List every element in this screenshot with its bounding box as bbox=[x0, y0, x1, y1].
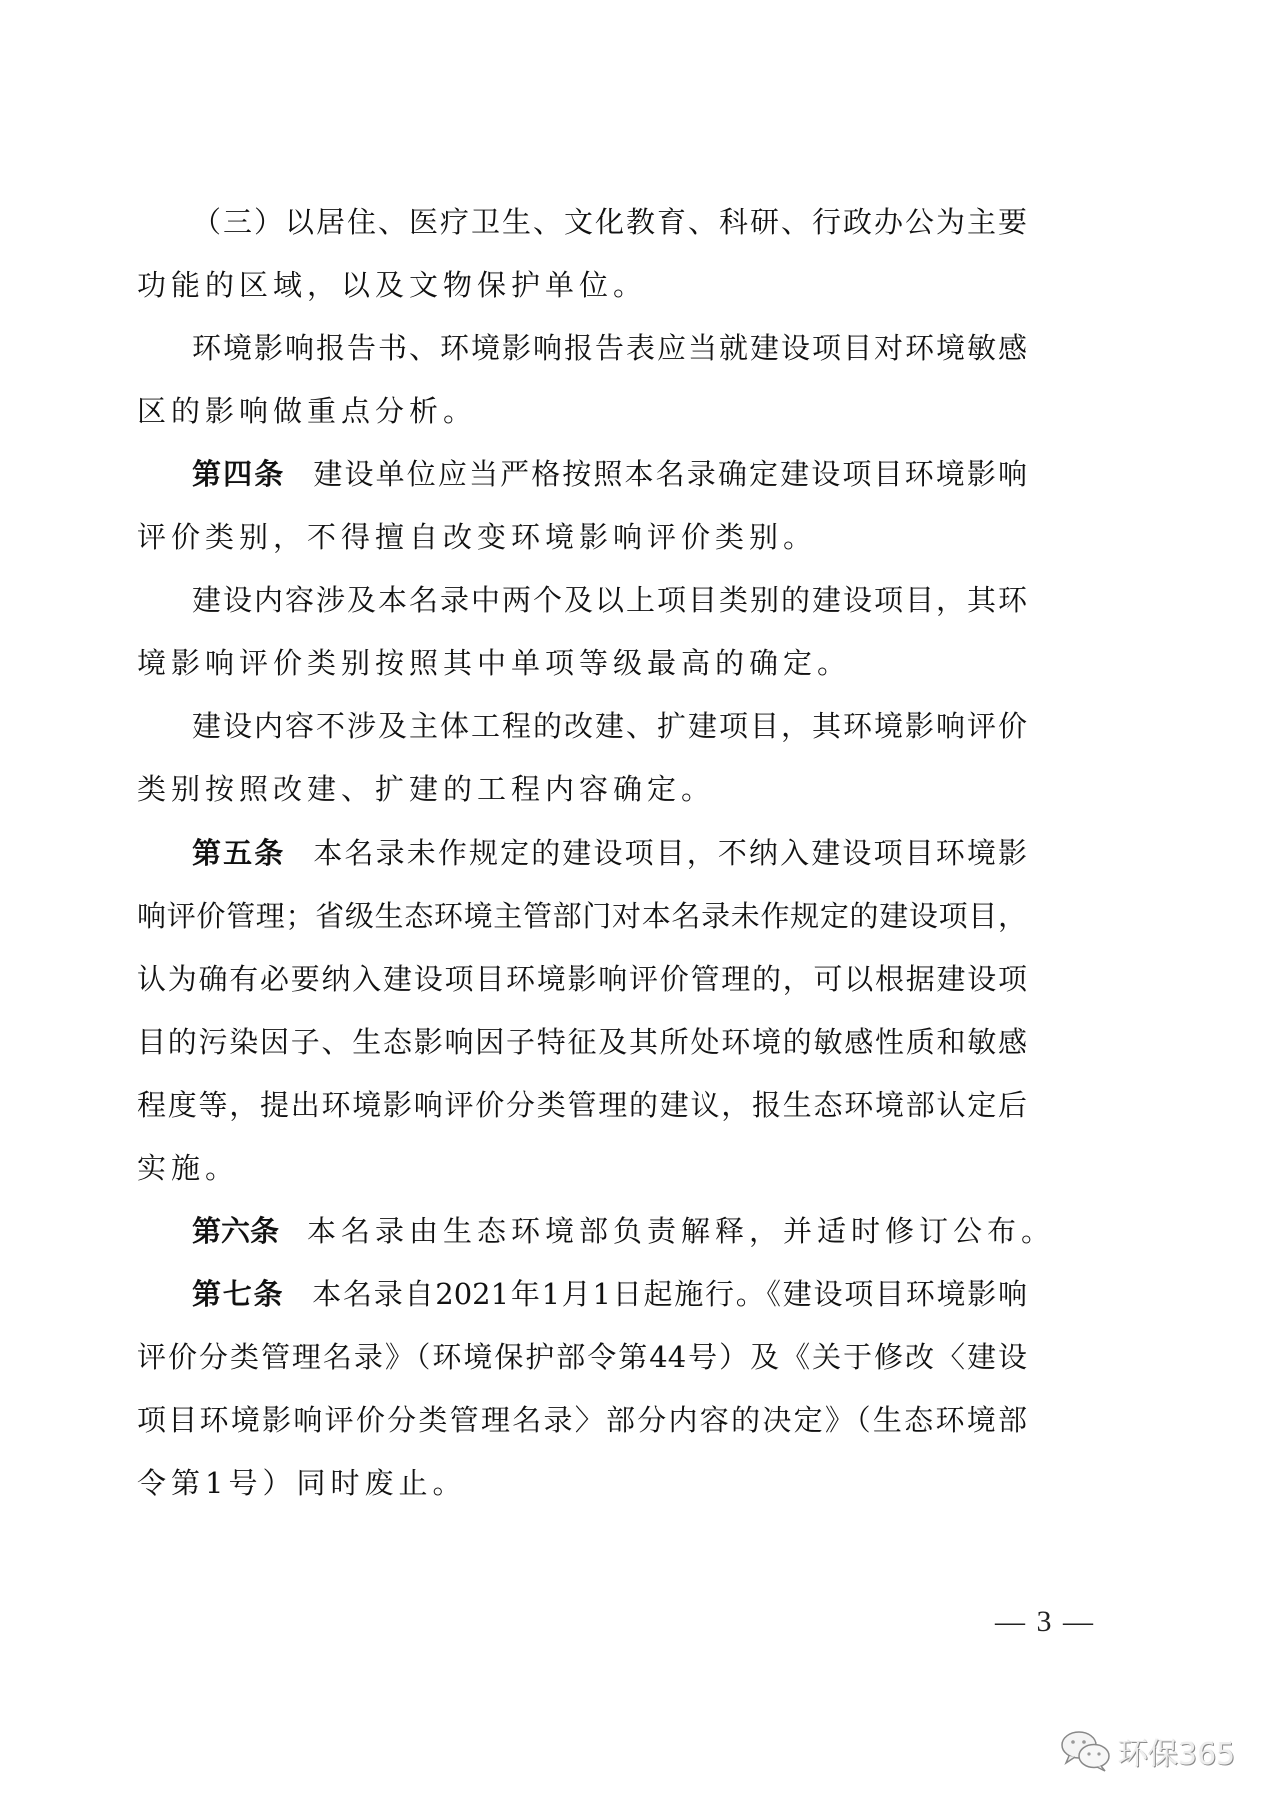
text-line: （三）以居住、医疗卫生、文化教育、科研、行政办公为主要 bbox=[192, 202, 1027, 242]
document-page: （三）以居住、医疗卫生、文化教育、科研、行政办公为主要功能的区域，以及文物保护单… bbox=[0, 0, 1280, 1810]
text-line: 响评价管理；省级生态环境主管部门对本名录未作规定的建设项目， bbox=[137, 896, 1027, 936]
text-line: 目的污染因子、生态影响因子特征及其所处环境的敏感性质和敏感 bbox=[137, 1022, 1027, 1062]
page-number: — 3 — bbox=[995, 1605, 1095, 1639]
text-line: 项目环境影响评价分类管理名录〉部分内容的决定》（生态环境部 bbox=[137, 1400, 1027, 1440]
text-line: 第五条本名录未作规定的建设项目，不纳入建设项目环境影 bbox=[192, 833, 1027, 873]
text-line: 程度等，提出环境影响评价分类管理的建议，报生态环境部认定后 bbox=[137, 1085, 1027, 1125]
text-line: 第四条建设单位应当严格按照本名录确定建设项目环境影响 bbox=[192, 454, 1027, 494]
text-line: 区的影响做重点分析。 bbox=[137, 391, 1027, 431]
text-line: 类别按照改建、扩建的工程内容确定。 bbox=[137, 769, 1027, 809]
line-text: 本名录由生态环境部负责解释，并适时修订公布。 bbox=[307, 1214, 1055, 1248]
text-line: 实施。 bbox=[137, 1148, 1027, 1188]
article-heading: 第五条 bbox=[192, 836, 285, 870]
watermark: 环保365 bbox=[1060, 1728, 1235, 1774]
watermark-text: 环保365 bbox=[1118, 1729, 1235, 1773]
text-line: 境影响评价类别按照其中单项等级最高的确定。 bbox=[137, 643, 1027, 683]
text-line: 建设内容涉及本名录中两个及以上项目类别的建设项目，其环 bbox=[192, 580, 1027, 620]
article-heading: 第七条 bbox=[192, 1277, 284, 1311]
text-line: 建设内容不涉及主体工程的改建、扩建项目，其环境影响评价 bbox=[192, 706, 1027, 746]
text-line: 认为确有必要纳入建设项目环境影响评价管理的，可以根据建设项 bbox=[137, 959, 1027, 999]
text-line: 环境影响报告书、环境影响报告表应当就建设项目对环境敏感 bbox=[192, 328, 1027, 368]
text-line: 第六条本名录由生态环境部负责解释，并适时修订公布。 bbox=[192, 1211, 1027, 1251]
line-text: 建设单位应当严格按照本名录确定建设项目环境影响 bbox=[313, 457, 1027, 491]
text-line: 评价分类管理名录》（环境保护部令第44号）及《关于修改〈建设 bbox=[137, 1337, 1027, 1377]
text-line: 令第1号）同时废止。 bbox=[137, 1463, 1027, 1503]
text-line: 第七条本名录自2021年1月1日起施行。《建设项目环境影响 bbox=[192, 1274, 1027, 1314]
line-text: 本名录未作规定的建设项目，不纳入建设项目环境影 bbox=[313, 836, 1027, 870]
text-line: 评价类别，不得擅自改变环境影响评价类别。 bbox=[137, 517, 1027, 557]
article-heading: 第四条 bbox=[192, 457, 285, 491]
article-heading: 第六条 bbox=[192, 1214, 279, 1248]
wechat-icon bbox=[1060, 1729, 1112, 1773]
line-text: 本名录自2021年1月1日起施行。《建设项目环境影响 bbox=[312, 1277, 1027, 1311]
text-line: 功能的区域，以及文物保护单位。 bbox=[137, 265, 1027, 305]
